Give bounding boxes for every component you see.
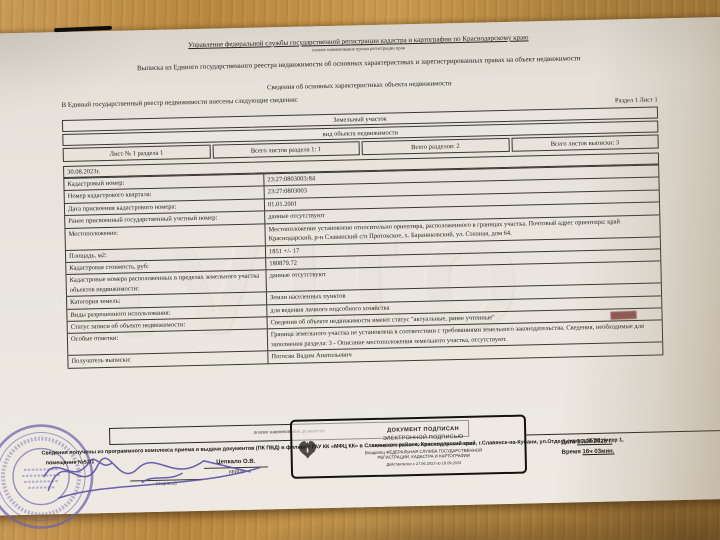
sheet-info-cell: Всего листов выписки: 3: [511, 134, 659, 151]
handwritten-signature: [41, 427, 273, 507]
time-label: Время: [562, 449, 581, 455]
photo-of-document-on-wooden-table: { "document": { "header": { "authority":…: [0, 0, 720, 540]
time-value: 16ч 03мин.: [582, 449, 614, 456]
sheet-info-cell: Всего разделов: 2: [362, 138, 510, 155]
date-time-block: Дата 30.08.2023 г. Время 16ч 03мин.: [561, 435, 701, 459]
sheet-info-cell: Всего листов раздела 1: 1: [212, 141, 360, 158]
document-sheet: avito Управление федеральной службы госу…: [0, 16, 720, 516]
egrn-extract-document: Управление федеральной службы государств…: [60, 30, 663, 368]
date-label: Дата: [561, 439, 575, 445]
red-ink-mark: [610, 311, 636, 320]
sheet-info-cell: Лист № 1 раздела 1: [63, 145, 211, 162]
attributes-table: Кадастровый номер:23:27:0803003:84 Номер…: [63, 164, 663, 368]
date-value: 30.08.2023 г.: [577, 439, 612, 446]
time-line: Время 16ч 03мин.: [562, 445, 702, 458]
